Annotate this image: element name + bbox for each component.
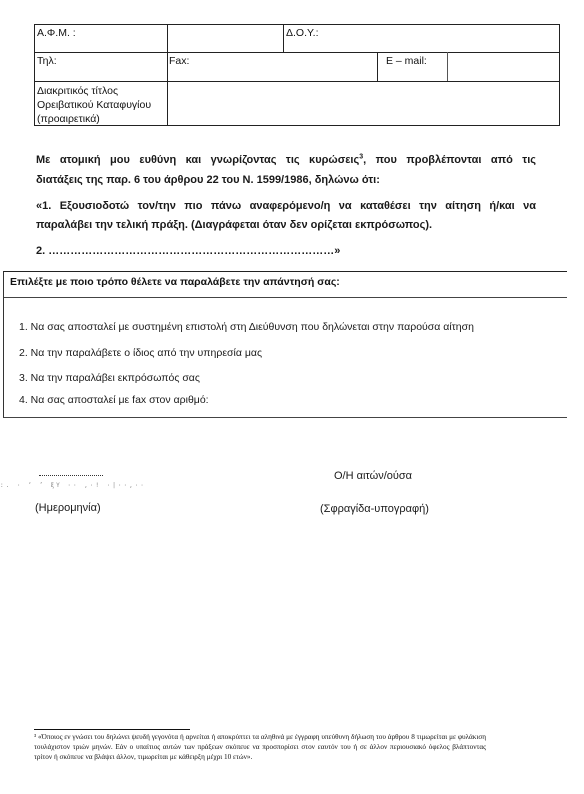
refuge-title-line: (προαιρετικά) xyxy=(37,112,151,126)
email-field[interactable] xyxy=(448,53,559,81)
reply-option-4[interactable]: 4. Να σας αποσταλεί με fax στον αριθμό: xyxy=(19,394,209,406)
refuge-title-line: Διακριτικός τίτλος xyxy=(37,84,151,98)
refuge-title-field[interactable] xyxy=(168,82,559,125)
afm-field[interactable] xyxy=(168,25,283,52)
stamp-signature-label: (Σφραγίδα-υπογραφή) xyxy=(320,503,429,515)
email-label: E – mail: xyxy=(384,53,429,70)
date-label: (Ημερομηνία) xyxy=(35,502,101,514)
reply-method-box: Επιλέξτε με ποιο τρόπο θέλετε να παραλάβ… xyxy=(3,271,567,418)
applicant-info-table: Α.Φ.Μ. : Δ.Ο.Υ.: Τηλ: Fax: E – mail: Δια… xyxy=(34,24,560,126)
declaration-item2: 2. ……………………………………………………………………» xyxy=(36,242,536,261)
declaration-intro-line1: Με ατομική μου ευθύνη και γνωρίζοντας τι… xyxy=(36,151,536,170)
fax-label: Fax: xyxy=(167,53,191,70)
afm-label: Α.Φ.Μ. : xyxy=(35,25,78,42)
box-divider xyxy=(4,297,567,298)
doy-label: Δ.Ο.Υ.: xyxy=(284,25,321,42)
date-dotted-line[interactable] xyxy=(39,475,103,476)
reply-option-2[interactable]: 2. Να την παραλάβετε ο ίδιος από την υπη… xyxy=(19,347,262,359)
declaration-item1-line2: παραλάβει την τελική πράξη. (Διαγράφεται… xyxy=(36,216,536,235)
reply-option-3[interactable]: 3. Να την παραλάβει εκπρόσωπός σας xyxy=(19,372,200,384)
reply-option-1[interactable]: 1. Να σας αποσταλεί με συστημένη επιστολ… xyxy=(19,321,474,333)
reply-method-title: Επιλέξτε με ποιο τρόπο θέλετε να παραλάβ… xyxy=(10,276,340,288)
refuge-title-label: Διακριτικός τίτλος Ορειβατικού Καταφυγίο… xyxy=(35,82,153,128)
declaration-item1-line1: «1. Εξουσιοδοτώ τον/την πιο πάνω αναφερό… xyxy=(36,197,536,216)
column-divider xyxy=(377,52,378,81)
applicant-label: Ο/Η αιτών/ούσα xyxy=(334,470,412,482)
footnote-text: ³ «Όποιος εν γνώσει του δηλώνει ψευδή γε… xyxy=(34,733,486,762)
tel-label: Τηλ: xyxy=(35,53,59,70)
footnote-separator xyxy=(34,729,190,730)
scan-noise: :. · ‘ ’ ξY ·· ,·! ·|··,·· xyxy=(0,482,146,489)
declaration-intro-line2: διατάξεις της παρ. 6 του άρθρου 22 του Ν… xyxy=(36,171,536,190)
refuge-title-line: Ορειβατικού Καταφυγίου xyxy=(37,98,151,112)
